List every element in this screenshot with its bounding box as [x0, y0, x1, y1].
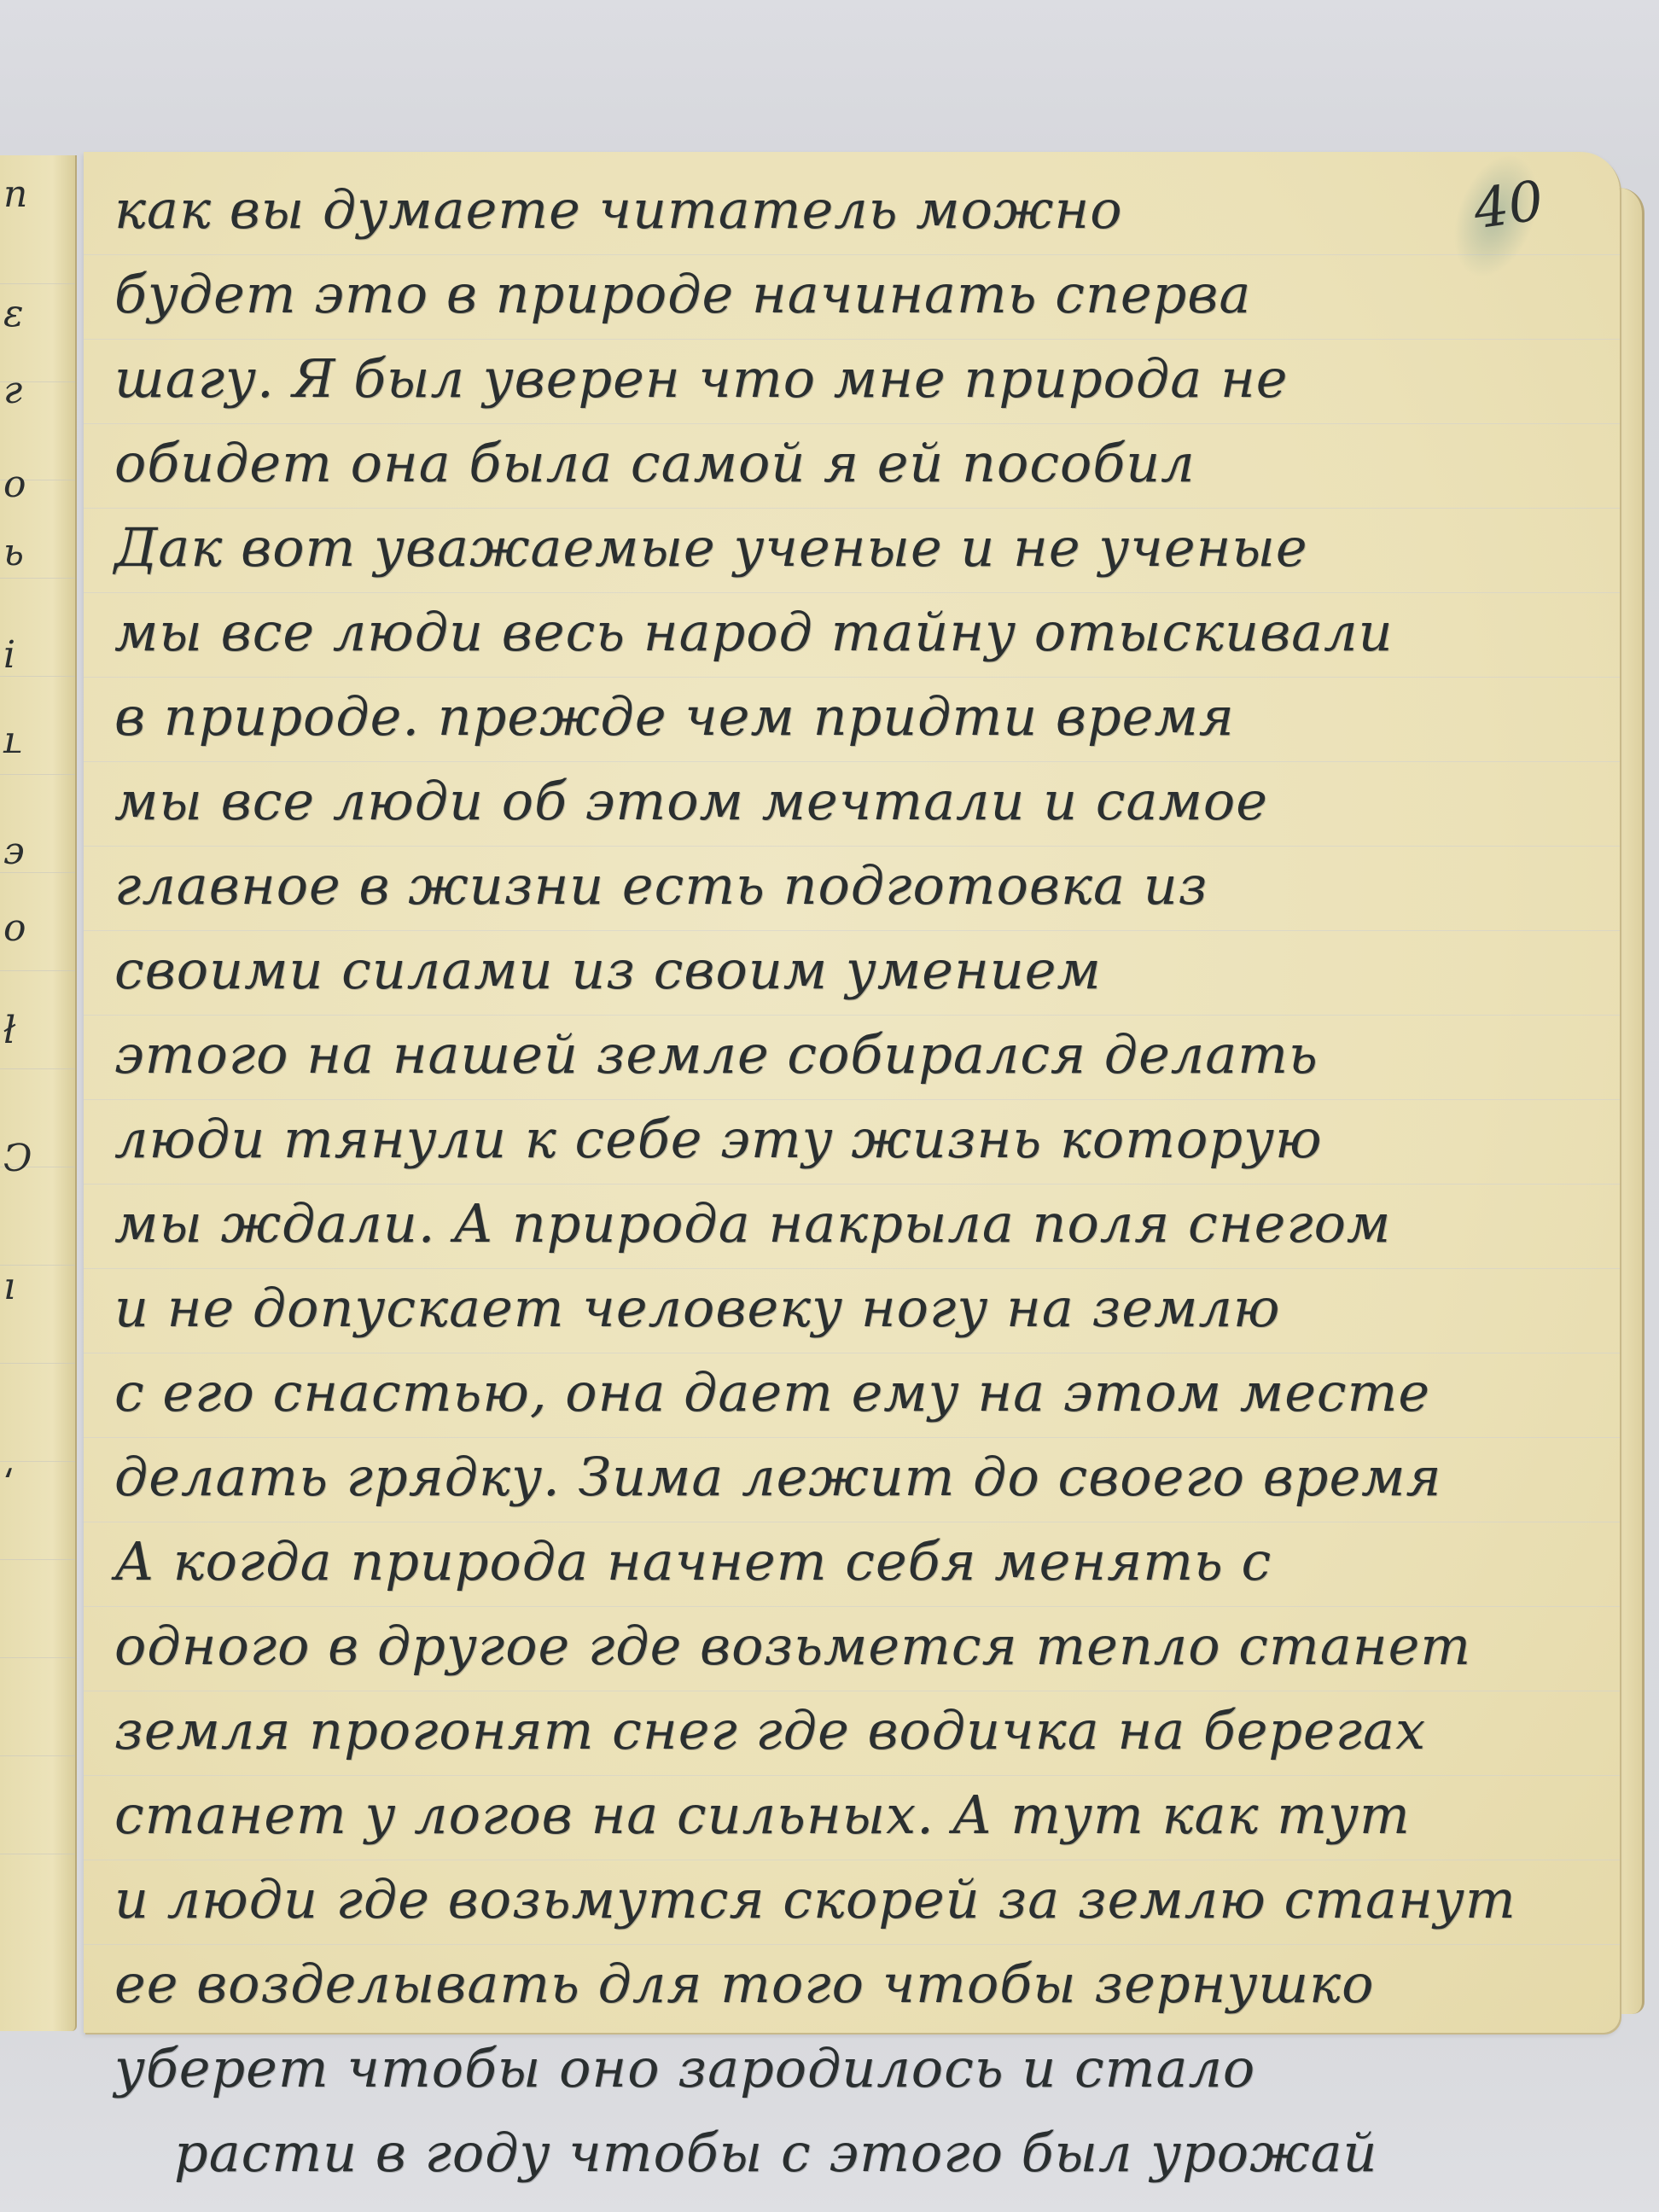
- text-line: станет у логов на сильных. А тут как тут: [114, 1773, 1569, 1857]
- ruled-line: [0, 1854, 75, 1854]
- left-page-glyph: ł: [3, 1009, 15, 1052]
- notebook-page: 40 как вы думаете читатель можно будет э…: [84, 152, 1620, 2033]
- text-line: обидет она была самой я ей пособил: [114, 421, 1569, 505]
- left-page-glyph: о: [3, 463, 26, 506]
- handwritten-text: как вы думаете читатель можно будет это …: [114, 167, 1569, 2195]
- left-page-glyph: ւ: [3, 719, 21, 762]
- text-line: делать грядку. Зима лежит до своего врем…: [114, 1435, 1569, 1519]
- left-page-glyph: Ͻ: [3, 1137, 32, 1180]
- text-line: в природе. прежде чем придти время: [114, 674, 1569, 759]
- ruled-line: [0, 970, 75, 971]
- ruled-line: [0, 1559, 75, 1560]
- page-stack-edges: [1618, 188, 1644, 2014]
- left-page-sliver: п ε г о ь і ւ э о ł Ͻ ı ͵: [0, 155, 77, 2031]
- text-line: мы ждали. А природа накрыла поля снегом: [114, 1181, 1569, 1266]
- left-page-glyph: ь: [3, 531, 24, 574]
- text-line: будет это в природе начинать сперва: [114, 252, 1569, 336]
- left-page-glyph: о: [3, 906, 26, 950]
- ruled-line: [0, 774, 75, 775]
- left-page-glyph: п: [3, 172, 27, 216]
- ruled-line: [0, 1068, 75, 1069]
- text-line: этого на нашей земле собирался делать: [114, 1012, 1569, 1097]
- left-page-glyph: ı: [3, 1265, 15, 1308]
- text-line: расти в году чтобы с этого был урожай: [114, 2110, 1569, 2195]
- text-line: главное в жизни есть подготовка из: [114, 843, 1569, 928]
- left-page-glyph: ͵: [3, 1435, 14, 1479]
- left-page-glyph: э: [3, 829, 25, 873]
- text-line: ее возделывать для того чтобы зернушко: [114, 1941, 1569, 2026]
- left-page-glyph: і: [3, 633, 15, 677]
- text-line: уберет чтобы оно зародилось и стало: [114, 2026, 1569, 2110]
- ruled-line: [0, 1755, 75, 1756]
- text-line: А когда природа начнет себя менять с: [114, 1519, 1569, 1604]
- text-line: с его снастью, она дает ему на этом мест…: [114, 1350, 1569, 1435]
- ruled-line: [0, 283, 75, 284]
- left-page-glyph: г: [3, 369, 22, 412]
- text-line: своими силами из своим умением: [114, 928, 1569, 1012]
- text-line: и люди где возьмутся скорей за землю ста…: [114, 1857, 1569, 1941]
- text-line: и не допускает человеку ногу на землю: [114, 1266, 1569, 1350]
- text-line: одного в другое где возьмется тепло стан…: [114, 1604, 1569, 1688]
- text-line: люди тянули к себе эту жизнь которую: [114, 1097, 1569, 1181]
- text-line: земля прогонят снег где водичка на берег…: [114, 1688, 1569, 1773]
- text-line: мы все люди об этом мечтали и самое: [114, 759, 1569, 843]
- ruled-line: [0, 1657, 75, 1658]
- ruled-line: [0, 578, 75, 579]
- text-line: шагу. Я был уверен что мне природа не: [114, 336, 1569, 421]
- text-line: мы все люди весь народ тайну отыскивали: [114, 590, 1569, 674]
- text-line: как вы думаете читатель можно: [114, 167, 1569, 252]
- left-page-glyph: ε: [3, 292, 24, 335]
- text-line: Дак вот уважаемые ученые и не ученые: [114, 505, 1569, 590]
- ruled-line: [0, 1363, 75, 1364]
